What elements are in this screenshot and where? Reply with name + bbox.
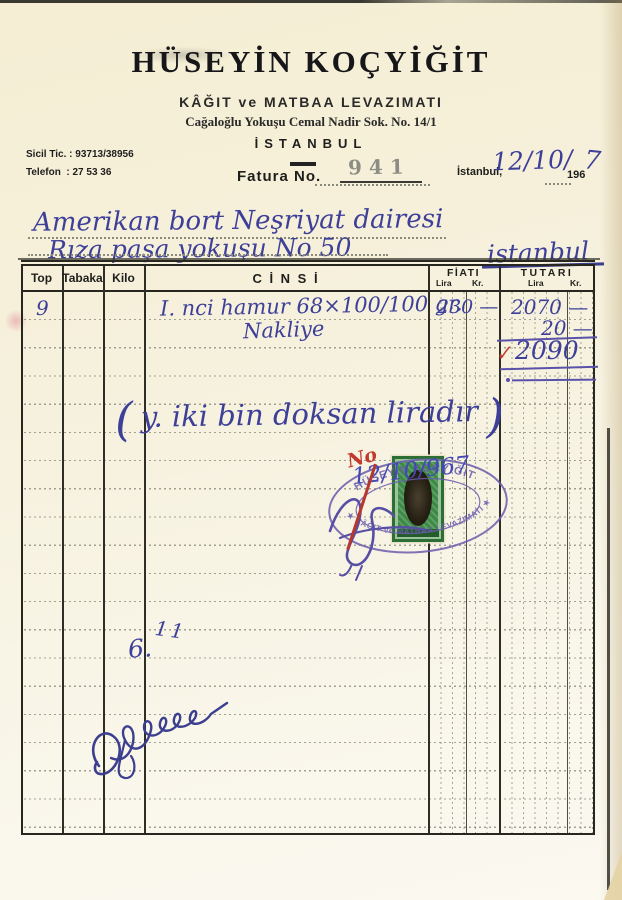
fiati-kr-divider bbox=[466, 292, 467, 833]
col-header-cinsi: C İ N S İ bbox=[144, 271, 428, 286]
vendor-signature bbox=[322, 476, 434, 576]
fiati-digit-grid bbox=[430, 292, 498, 833]
date-leader bbox=[545, 183, 571, 185]
company-subtitle: KÂĞIT ve MATBAA LEVAZIMATI bbox=[0, 94, 622, 110]
scan-right-crease bbox=[607, 428, 610, 890]
row1-unit-price: 230 — bbox=[437, 296, 498, 318]
fiati-sub-kr: Kr. bbox=[472, 278, 483, 288]
paren-open: ( bbox=[115, 393, 134, 445]
registry-number: Sicil Tic. : 93713/38956 bbox=[26, 149, 134, 160]
fiati-sub-lira: Lira bbox=[436, 278, 452, 288]
city-underline-dash bbox=[290, 162, 316, 166]
invoice-scan: HÜSEYİN KOÇYİĞİT KÂĞIT ve MATBAA LEVAZIM… bbox=[0, 0, 622, 900]
figure-note-sup: 11 bbox=[153, 616, 187, 644]
tutari-sub-lira: Lira bbox=[528, 278, 544, 288]
col-header-top: Top bbox=[21, 271, 62, 285]
amount-in-words: ( y. iki bin doksan liradır ) bbox=[115, 387, 505, 452]
invoice-number-underline bbox=[340, 181, 422, 183]
company-address: Cağaloğlu Yokuşu Cemal Nadir Sok. No. 14… bbox=[0, 114, 622, 130]
total-amount: 2090 bbox=[515, 336, 579, 365]
customer-signature bbox=[85, 668, 285, 780]
date-handwritten: 12/10/ bbox=[492, 145, 573, 177]
tutari-kr-divider bbox=[567, 292, 568, 833]
col-header-tabaka: Tabaka bbox=[62, 271, 103, 285]
figure-note: 6. bbox=[127, 633, 153, 664]
invoice-number-label: Fatura No. bbox=[237, 168, 321, 185]
scan-right-shadow bbox=[600, 0, 622, 900]
red-check-mark: ✓ bbox=[493, 340, 513, 366]
tally-dot bbox=[506, 378, 510, 382]
table-top-line bbox=[21, 260, 595, 262]
scan-top-edge bbox=[0, 0, 622, 3]
amount-words-text: y. iki bin doksan liradır bbox=[132, 387, 486, 441]
company-name: HÜSEYİN KOÇYİĞİT bbox=[0, 44, 622, 80]
table-header-rule bbox=[23, 290, 593, 292]
row2-description: Nakliye bbox=[243, 317, 325, 344]
col-line-1 bbox=[62, 266, 64, 833]
tutari-digit-grid bbox=[501, 292, 594, 833]
col-header-kilo: Kilo bbox=[103, 271, 144, 285]
paren-close: ) bbox=[486, 387, 505, 445]
phone-number: Telefon : 27 53 36 bbox=[26, 167, 111, 178]
row1-top-qty: 9 bbox=[36, 296, 49, 320]
tutari-sub-kr: Kr. bbox=[570, 278, 581, 288]
year-handwritten: 7 bbox=[582, 145, 602, 177]
customer-line2-rule bbox=[28, 254, 388, 256]
invoice-number-leader bbox=[315, 184, 430, 186]
invoice-number-value: 941 bbox=[348, 154, 411, 179]
